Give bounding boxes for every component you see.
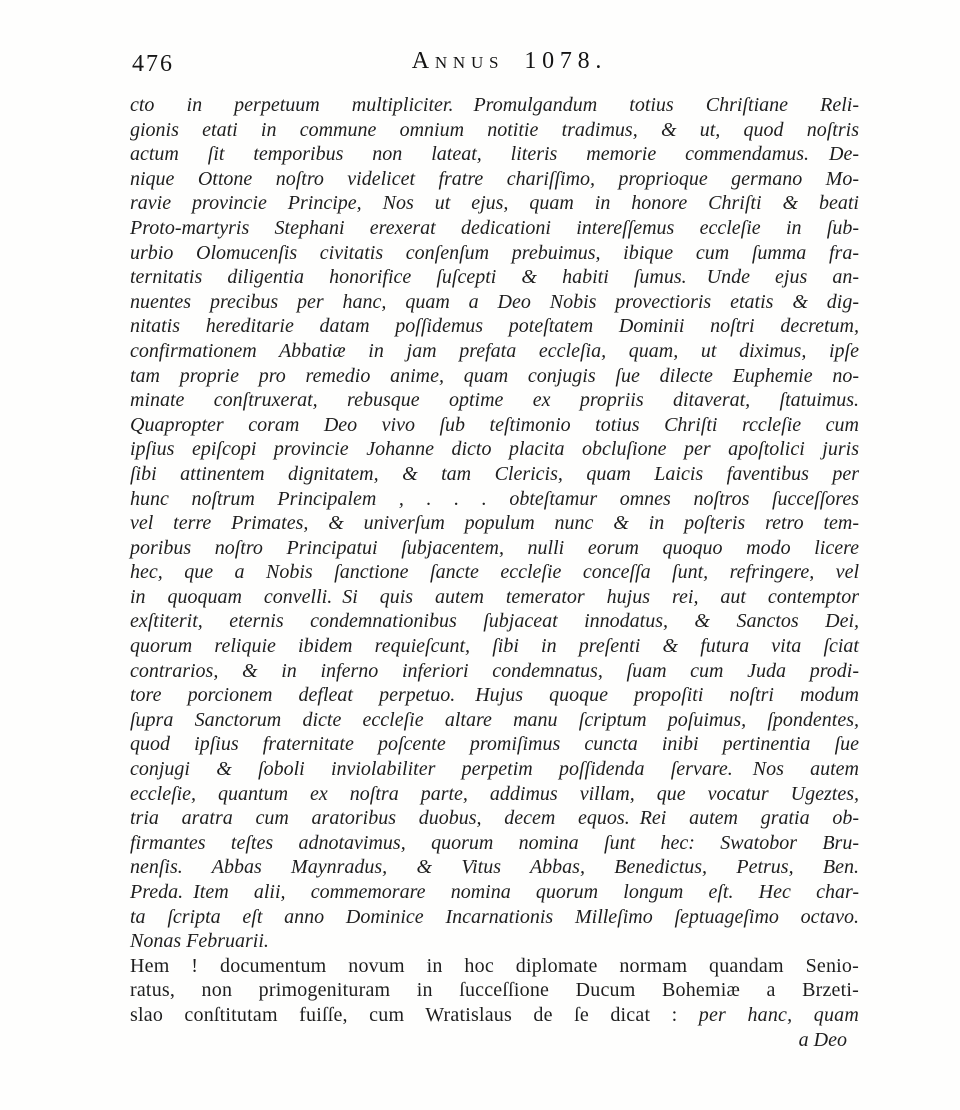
body-text: cto in perpetuum multipliciter. Promulga…	[130, 93, 859, 1052]
text-line: nique Ottone noſtro videlicet fratre cha…	[130, 167, 859, 192]
text-line: Preda. Item alii, commemorare nomina quo…	[130, 880, 859, 905]
text-line: Nonas Februarii.	[130, 929, 859, 954]
page-header: 476 Annus 1078.	[130, 48, 859, 82]
text-line: nenſis. Abbas Maynradus, & Vitus Abbas, …	[130, 855, 859, 880]
text-line: nuentes precibus per hanc, quam a Deo No…	[130, 290, 859, 315]
text-line: tam proprie pro remedio anime, quam conj…	[130, 364, 859, 389]
text-line: a Deo	[130, 1028, 859, 1053]
book-page-scan: 476 Annus 1078. cto in perpetuum multipl…	[0, 0, 960, 1110]
text-line: eccleſie, quantum ex noſtra parte, addim…	[130, 782, 859, 807]
text-line: urbio Olomucenſis civitatis conſenſum pr…	[130, 241, 859, 266]
text-line: ipſius epiſcopi provincie Johanne dicto …	[130, 437, 859, 462]
text-line: poribus noſtro Principatui ſubjacentem, …	[130, 536, 859, 561]
text-line: ſupra Sanctorum dicte eccleſie altare ma…	[130, 708, 859, 733]
text-line: tria aratra cum aratoribus duobus, decem…	[130, 806, 859, 831]
text-line: tore porcionem defleat perpetuo. Hujus q…	[130, 683, 859, 708]
text-line: confirmationem Abbatiæ in jam prefata ec…	[130, 339, 859, 364]
text-line: ravie provincie Principe, Nos ut ejus, q…	[130, 191, 859, 216]
text-line: minate conſtruxerat, rebusque optime ex …	[130, 388, 859, 413]
text-line: actum ſit temporibus non lateat, literis…	[130, 142, 859, 167]
text-segment: per hanc, quam	[699, 1004, 859, 1026]
text-line: quorum reliquie ibidem requieſcunt, ſibi…	[130, 634, 859, 659]
text-line: hunc noſtrum Principalem , . . . obteſta…	[130, 487, 859, 512]
text-line: contrarios, & in inferno inferiori conde…	[130, 659, 859, 684]
text-line: vel terre Primates, & univerſum populum …	[130, 511, 859, 536]
text-segment: slao conſtitutam fuiſſe, cum Wratislaus …	[130, 1004, 699, 1026]
text-line: gionis etati in commune omnium notitie t…	[130, 118, 859, 143]
text-line: ternitatis diligentia honorifice ſuſcept…	[130, 265, 859, 290]
text-line: ratus, non primogenituram in ſucceſſione…	[130, 978, 859, 1003]
text-line: exſtiterit, eternis condemnationibus ſub…	[130, 609, 859, 634]
text-line: ſibi attinentem dignitatem, & tam Cleric…	[130, 462, 859, 487]
text-line: quod ipſius fraternitate poſcente promiſ…	[130, 732, 859, 757]
text-line: conjugi & ſoboli inviolabiliter perpetim…	[130, 757, 859, 782]
text-line: ta ſcripta eſt anno Dominice Incarnation…	[130, 905, 859, 930]
text-line: nitatis hereditarie datam poſſidemus pot…	[130, 314, 859, 339]
text-line: Proto-martyris Stephani erexerat dedicat…	[130, 216, 859, 241]
running-title: Annus 1078.	[160, 48, 859, 75]
text-line: cto in perpetuum multipliciter. Promulga…	[130, 93, 859, 118]
text-line: in quoquam convelli. Si quis autem temer…	[130, 585, 859, 610]
text-line: slao conſtitutam fuiſſe, cum Wratislaus …	[130, 1003, 859, 1028]
text-line: Hem ! documentum novum in hoc diplomate …	[130, 954, 859, 979]
text-line: Quapropter coram Deo vivo ſub teſtimonio…	[130, 413, 859, 438]
text-line: hec, que a Nobis ſanctione ſancte eccleſ…	[130, 560, 859, 585]
text-line: firmantes teſtes adnotavimus, quorum nom…	[130, 831, 859, 856]
